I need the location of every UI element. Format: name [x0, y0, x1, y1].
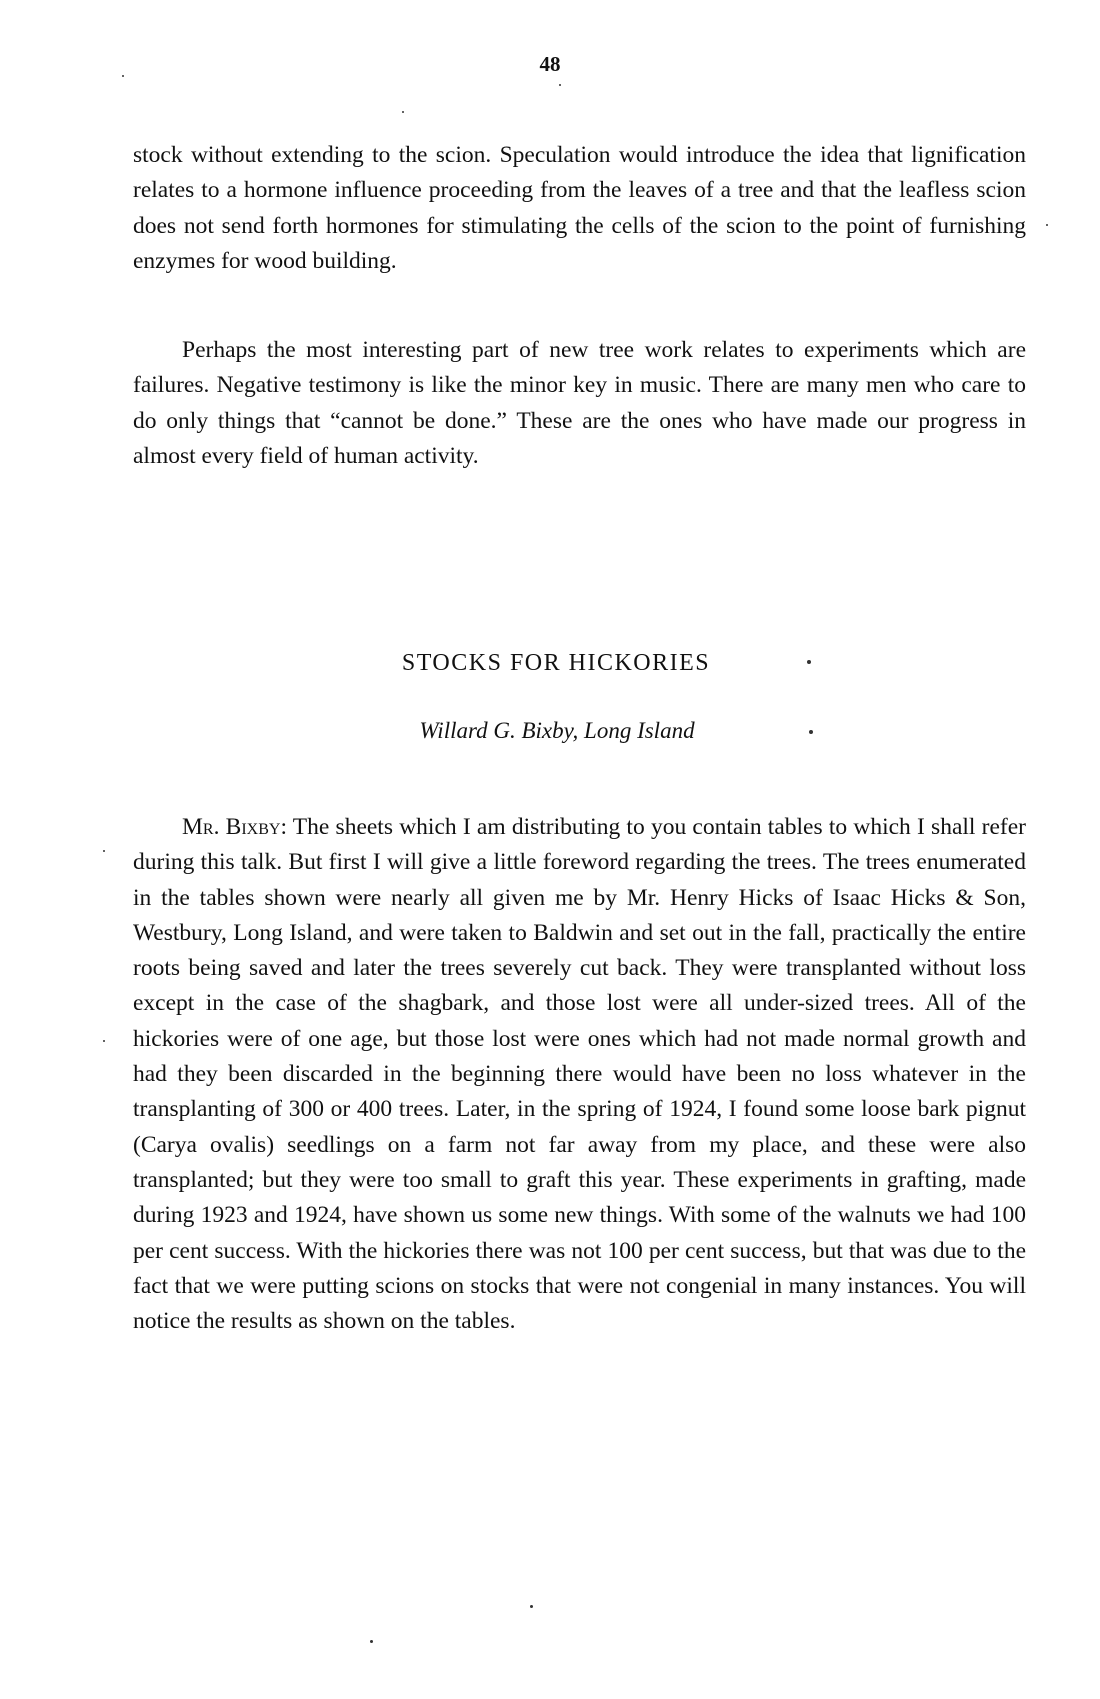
scan-speck — [103, 850, 105, 852]
page-number: 48 — [0, 52, 1100, 77]
scan-speck — [370, 1640, 373, 1643]
speech-text: The sheets which I am distributing to yo… — [133, 814, 1026, 1334]
scan-speck — [809, 730, 813, 734]
paragraph-text: Mr. Bixby: The sheets which I am distrib… — [133, 810, 1026, 1339]
paragraph-text: Perhaps the most interesting part of new… — [133, 333, 1026, 474]
paragraph-text: stock without extending to the scion. Sp… — [133, 138, 1026, 279]
paragraph-continuation: stock without extending to the scion. Sp… — [133, 138, 1026, 279]
scan-speck — [402, 111, 404, 113]
scan-speck — [559, 84, 561, 86]
scan-speck — [807, 660, 811, 664]
scan-speck — [1046, 224, 1048, 226]
paragraph-failures: Perhaps the most interesting part of new… — [133, 333, 1026, 474]
scan-speck — [103, 1040, 105, 1042]
paragraph-bixby-talk: Mr. Bixby: The sheets which I am distrib… — [133, 810, 1026, 1339]
author-byline: Willard G. Bixby, Long Island — [0, 718, 1100, 744]
scan-speck — [530, 1605, 533, 1608]
speaker-label: Mr. Bixby: — [182, 814, 287, 840]
section-title: STOCKS FOR HICKORIES — [0, 650, 1100, 677]
scan-speck — [122, 75, 124, 77]
